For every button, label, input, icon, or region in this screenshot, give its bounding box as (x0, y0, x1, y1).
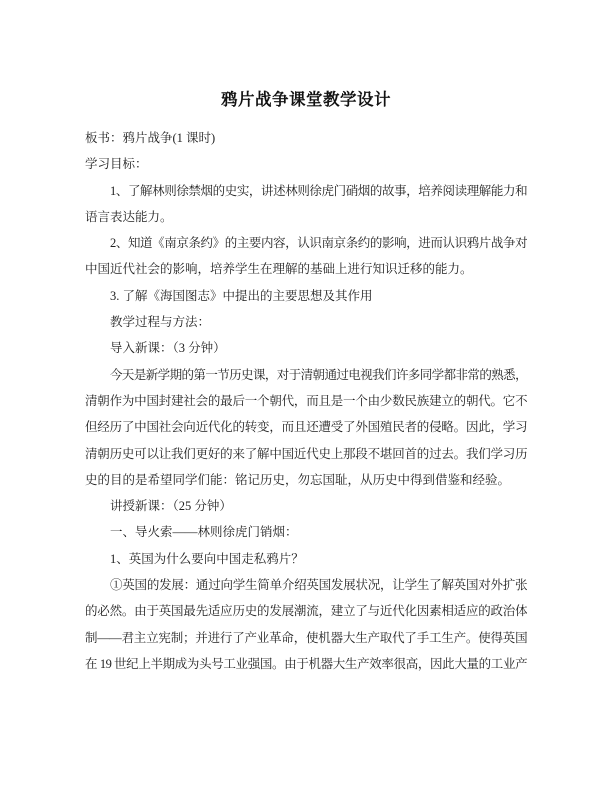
doc-line-britain-4: 在 19 世纪上半期成为头号工业强国。由于机器大生产效率很高，因此大量的工业产 (85, 651, 527, 677)
doc-line-intro-5: 史的目的是希望同学们能：铭记历史，勿忘国耻，从历史中得到借鉴和经验。 (85, 467, 527, 493)
doc-line-britain-1: ①英国的发展：通过向学生简单介绍英国发展状况，让学生了解英国对外扩张 (85, 572, 527, 598)
doc-line-goals-heading: 学习目标： (85, 151, 527, 177)
doc-line-goal-1: 1、了解林则徐禁烟的史实，讲述林则徐虎门硝烟的故事，培养阅读理解能力和 (85, 178, 527, 204)
document-page: 鸦片战争课堂教学设计 板书：鸦片战争(1 课时) 学习目标： 1、了解林则徐禁烟… (0, 0, 612, 792)
doc-line-goal-3: 3. 了解《海国图志》中提出的主要思想及其作用 (85, 283, 527, 309)
doc-line-question-1: 1、英国为什么要向中国走私鸦片？ (85, 546, 527, 572)
doc-line-britain-3: 制——君主立宪制；并进行了产业革命，使机器大生产取代了手工生产。使得英国 (85, 625, 527, 651)
document-title: 鸦片战争课堂教学设计 (85, 86, 527, 114)
doc-line-intro-1: 今天是新学期的第一节历史课，对于清朝通过电视我们许多同学都非常的熟悉， (85, 362, 527, 388)
doc-line-section-1: 一、导火索——林则徐虎门销烟： (85, 519, 527, 545)
doc-line-intro-4: 清朝历史可以让我们更好的来了解中国近代史上那段不堪回首的过去。我们学习历 (85, 441, 527, 467)
doc-line-goal-1-cont: 语言表达能力。 (85, 204, 527, 230)
doc-line-britain-2: 的必然。由于英国最先适应历史的发展潮流，建立了与近代化因素相适应的政治体 (85, 598, 527, 624)
doc-line-intro-2: 清朝作为中国封建社会的最后一个朝代，而且是一个由少数民族建立的朝代。它不 (85, 388, 527, 414)
doc-line-lecture-heading: 讲授新课：（25 分钟） (85, 493, 527, 519)
doc-line-banshu: 板书：鸦片战争(1 课时) (85, 125, 527, 151)
doc-line-process-heading: 教学过程与方法： (85, 309, 527, 335)
doc-line-intro-heading: 导入新课：（3 分钟） (85, 335, 527, 361)
doc-line-intro-3: 但经历了中国社会向近代化的转变，而且还遭受了外国殖民者的侵略。因此，学习 (85, 414, 527, 440)
doc-line-goal-2: 2、知道《南京条约》的主要内容，认识南京条约的影响，进而认识鸦片战争对 (85, 230, 527, 256)
doc-line-goal-2-cont: 中国近代社会的影响，培养学生在理解的基础上进行知识迁移的能力。 (85, 256, 527, 282)
document-content: 鸦片战争课堂教学设计 板书：鸦片战争(1 课时) 学习目标： 1、了解林则徐禁烟… (85, 86, 527, 677)
